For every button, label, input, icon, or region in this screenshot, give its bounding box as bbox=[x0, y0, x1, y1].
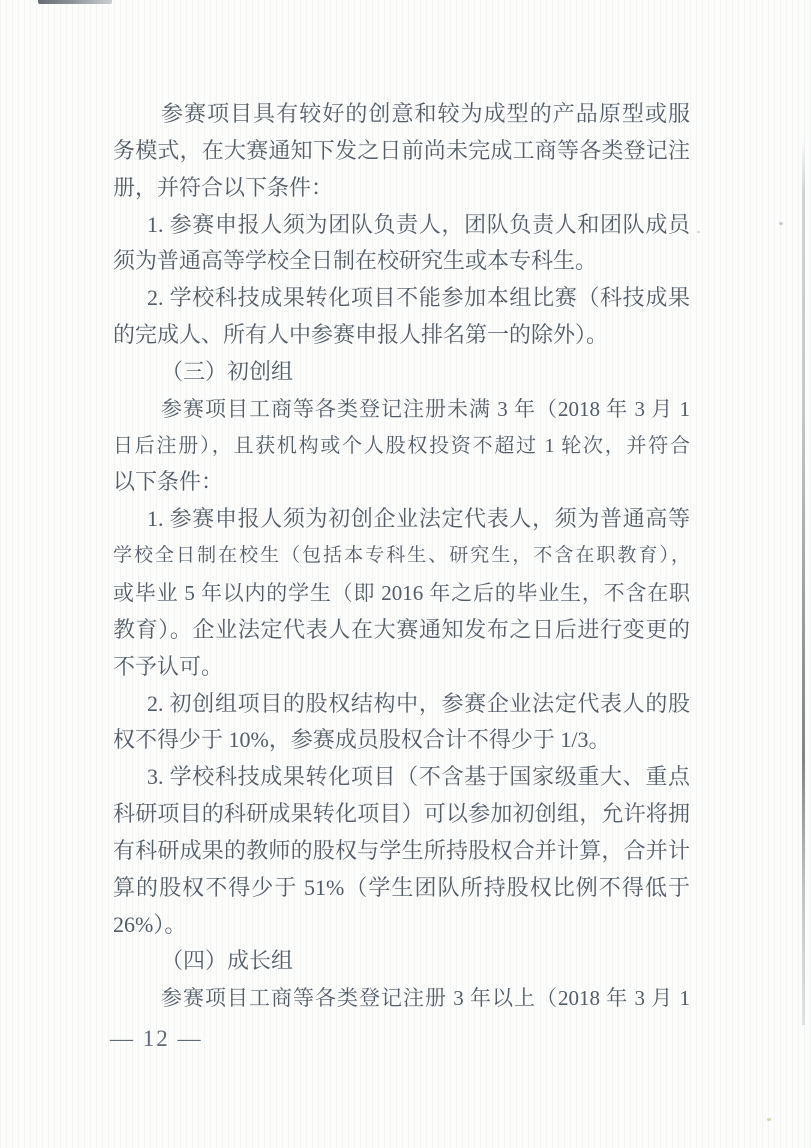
text-line: 教育）。企业法定代表人在大赛通知发布之日后进行变更的 bbox=[113, 612, 690, 649]
text-line: 学校全日制在校生（包括本专科生、研究生，不含在职教育）， bbox=[113, 538, 690, 575]
page-number: — 12 — bbox=[110, 1026, 203, 1052]
dust-speck bbox=[779, 222, 783, 225]
text-line: 有科研成果的教师的股权与学生所持股权合并计算，合并计 bbox=[113, 833, 690, 870]
scanned-document-page: { "colors": { "paper": "#fcfcfa", "ink":… bbox=[0, 0, 811, 1148]
text-line: 参赛项目工商等各类登记注册 3 年以上（2018 年 3 月 1 bbox=[113, 980, 690, 1017]
text-line: 科研项目的科研成果转化项目）可以参加初创组，允许将拥 bbox=[113, 796, 690, 833]
text-line: 3. 学校科技成果转化项目（不含基于国家级重大、重点 bbox=[113, 759, 690, 796]
text-line: 权不得少于 10%，参赛成员股权合计不得少于 1/3。 bbox=[113, 722, 690, 759]
text-line: 不予认可。 bbox=[113, 649, 690, 686]
dust-speck bbox=[767, 1118, 771, 1121]
text-line: 参赛项目具有较好的创意和较为成型的产品原型或服 bbox=[113, 96, 690, 133]
text-line: 26%）。 bbox=[113, 907, 690, 944]
text-line: 1. 参赛申报人须为团队负责人，团队负责人和团队成员 bbox=[113, 207, 690, 244]
dust-speck bbox=[697, 231, 700, 233]
text-line: 或毕业 5 年以内的学生（即 2016 年之后的毕业生，不含在职 bbox=[113, 575, 690, 612]
text-line: 日后注册），且获机构或个人股权投资不超过 1 轮次，并符合 bbox=[113, 428, 690, 465]
text-line: 1. 参赛申报人须为初创企业法定代表人，须为普通高等 bbox=[113, 501, 690, 538]
text-line: 2. 学校科技成果转化项目不能参加本组比赛（科技成果 bbox=[113, 280, 690, 317]
section-heading: （四）成长组 bbox=[113, 943, 690, 980]
text-line: 务模式，在大赛通知下发之日前尚未完成工商等各类登记注 bbox=[113, 133, 690, 170]
text-line: 参赛项目工商等各类登记注册未满 3 年（2018 年 3 月 1 bbox=[113, 391, 690, 428]
document-body-text: 参赛项目具有较好的创意和较为成型的产品原型或服 务模式，在大赛通知下发之日前尚未… bbox=[113, 96, 690, 1017]
text-line: 2. 初创组项目的股权结构中，参赛企业法定代表人的股 bbox=[113, 686, 690, 723]
right-edge-scan-line bbox=[802, 140, 805, 1025]
text-line: 的完成人、所有人中参赛申报人排名第一的除外）。 bbox=[113, 317, 690, 354]
text-line: 须为普通高等学校全日制在校研究生或本专科生。 bbox=[113, 243, 690, 280]
top-edge-scan-smudge bbox=[38, 0, 112, 4]
text-line: 以下条件： bbox=[113, 464, 690, 501]
text-line: 册，并符合以下条件： bbox=[113, 170, 690, 207]
section-heading: （三）初创组 bbox=[113, 354, 690, 391]
text-line: 算的股权不得少于 51%（学生团队所持股权比例不得低于 bbox=[113, 870, 690, 907]
